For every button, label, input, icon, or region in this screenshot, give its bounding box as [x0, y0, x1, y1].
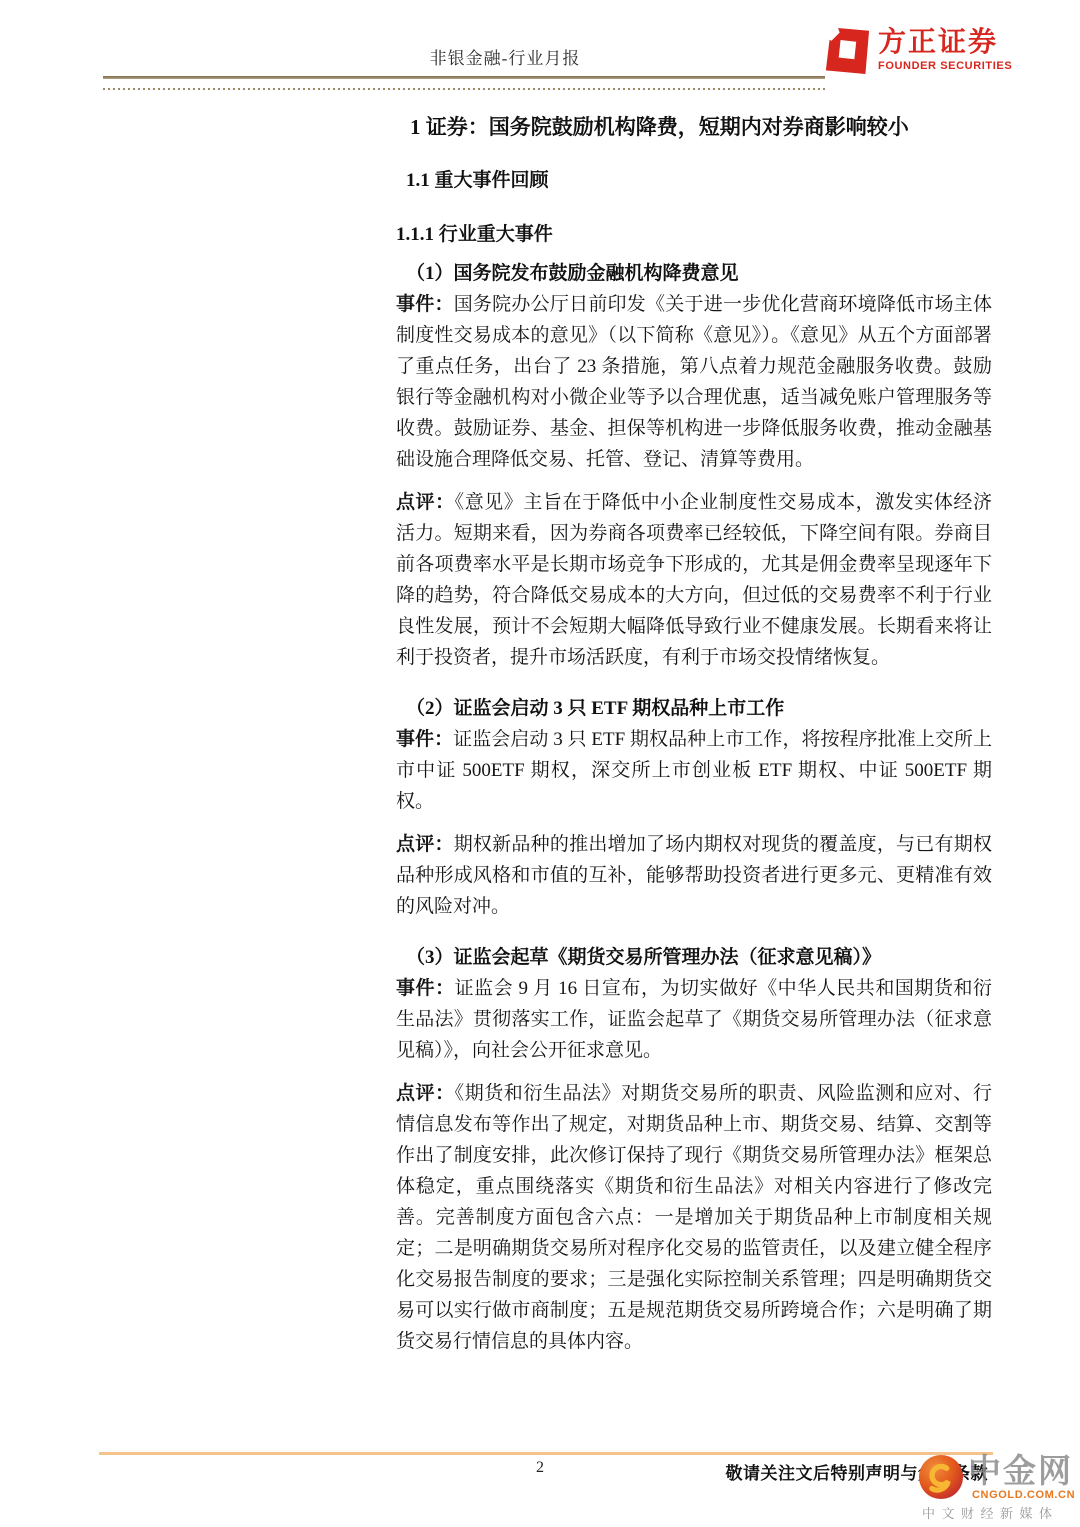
news-item-1: （1）国务院发布鼓励金融机构降费意见 事件：国务院办公厅日前印发《关于进一步优化… [396, 258, 992, 673]
comment-label: 点评： [396, 492, 455, 513]
news-item-heading: （2）证监会启动 3 只 ETF 期权品种上市工作 [406, 693, 992, 724]
founder-logo-icon [824, 26, 870, 76]
news-item-3: （3）证监会起草《期货交易所管理办法（征求意见稿）》 事件：证监会 9 月 16… [396, 942, 992, 1357]
comment-paragraph: 点评：期权新品种的推出增加了场内期权对现货的覆盖度，与已有期权品种形成风格和市值… [396, 829, 992, 922]
report-page: 非银金融-行业月报 方正证券 FOUNDER SECURITIES 1 证券：国… [0, 0, 1080, 1527]
news-item-2: （2）证监会启动 3 只 ETF 期权品种上市工作 事件：证监会启动 3 只 E… [396, 693, 992, 922]
brand-logo: 方正证券 FOUNDER SECURITIES [824, 26, 1012, 76]
event-paragraph: 事件：证监会 9 月 16 日宣布，为切实做好《中华人民共和国期货和衍生品法》贯… [396, 973, 992, 1066]
comment-text: 《意见》主旨在于降低中小企业制度性交易成本，激发实体经济活力。短期来看，因为券商… [396, 492, 992, 668]
event-paragraph: 事件：证监会启动 3 只 ETF 期权品种上市工作，将按程序批准上交所上市中证 … [396, 724, 992, 817]
header-rule [103, 76, 825, 79]
subsection-title: 1.1 重大事件回顾 [406, 168, 992, 194]
news-item-heading: （3）证监会起草《期货交易所管理办法（征求意见稿）》 [406, 942, 992, 973]
comment-text: 期权新品种的推出增加了场内期权对现货的覆盖度，与已有期权品种形成风格和市值的互补… [396, 834, 992, 917]
subsubsection-title: 1.1.1 行业重大事件 [396, 222, 992, 248]
header-dotted-rule [103, 88, 825, 90]
brand-name-cn: 方正证券 [878, 26, 1012, 58]
event-text: 国务院办公厅日前印发《关于进一步优化营商环境降低市场主体制度性交易成本的意见》（… [396, 294, 992, 470]
report-body: 1 证券：国务院鼓励机构降费，短期内对券商影响较小 1.1 重大事件回顾 1.1… [396, 112, 992, 1377]
section-title: 1 证券：国务院鼓励机构降费，短期内对券商影响较小 [410, 112, 992, 142]
comment-text: 《期货和衍生品法》对期货交易所的职责、风险监测和应对、行情信息发布等作出了规定，… [396, 1083, 992, 1352]
event-label: 事件： [396, 729, 453, 750]
event-text: 证监会启动 3 只 ETF 期权品种上市工作，将按程序批准上交所上市中证 500… [396, 729, 992, 812]
event-text: 证监会 9 月 16 日宣布，为切实做好《中华人民共和国期货和衍生品法》贯彻落实… [396, 978, 992, 1061]
watermark-tagline: 中文财经新媒体 [922, 1503, 1059, 1522]
event-label: 事件： [396, 294, 454, 315]
cngold-logo-icon [918, 1454, 964, 1500]
watermark-domain: CNGOLD.COM.CN [972, 1489, 1075, 1501]
brand-name-en: FOUNDER SECURITIES [878, 60, 1012, 72]
comment-paragraph: 点评：《意见》主旨在于降低中小企业制度性交易成本，激发实体经济活力。短期来看，因… [396, 487, 992, 673]
event-label: 事件： [396, 978, 455, 999]
watermark-name: 中金网 [968, 1453, 1073, 1489]
event-paragraph: 事件：国务院办公厅日前印发《关于进一步优化营商环境降低市场主体制度性交易成本的意… [396, 289, 992, 475]
comment-paragraph: 点评：《期货和衍生品法》对期货交易所的职责、风险监测和应对、行情信息发布等作出了… [396, 1078, 992, 1357]
cngold-watermark: 中金网 CNGOLD.COM.CN 中文财经新媒体 [916, 1451, 1076, 1521]
footer-rule [99, 1452, 993, 1455]
comment-label: 点评： [396, 834, 454, 855]
comment-label: 点评： [396, 1083, 455, 1104]
news-item-heading: （1）国务院发布鼓励金融机构降费意见 [406, 258, 992, 289]
